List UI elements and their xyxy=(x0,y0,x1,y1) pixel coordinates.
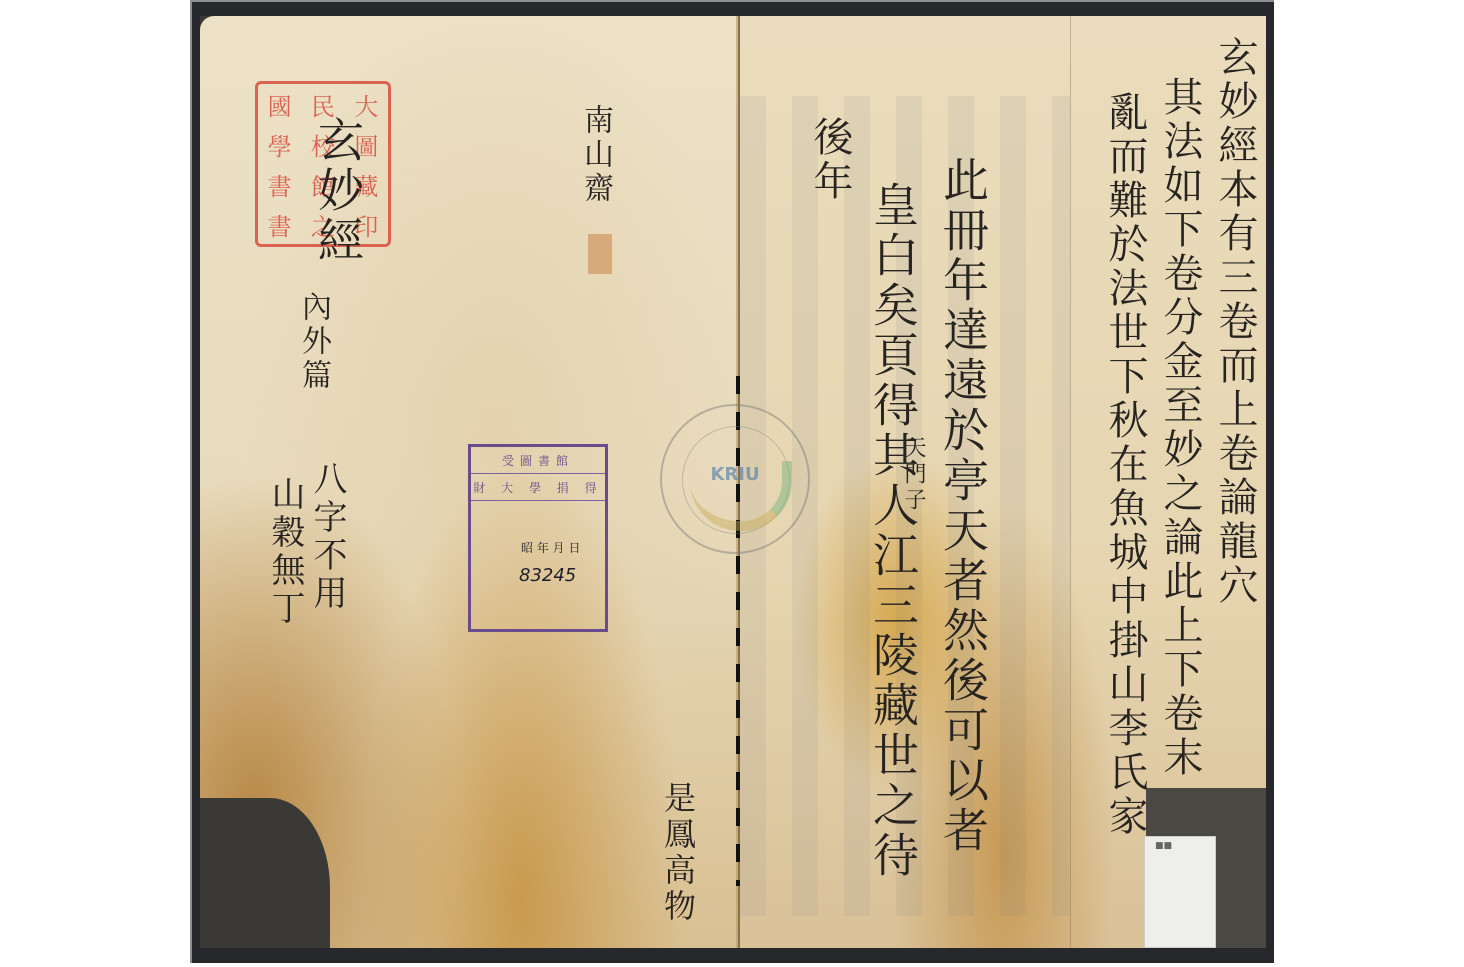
owner-note: 是鳳高物 xyxy=(662,781,694,925)
accession-number: 83245 xyxy=(519,565,576,586)
right-page: 玄妙經本有三卷而上卷論龍穴 其法如下卷分金至妙之論此上下卷末 亂而難於法世下秋在… xyxy=(740,16,1266,948)
text-column-2: 其法如下卷分金至妙之論此上下卷末 xyxy=(1160,76,1200,780)
margin-note: 天門子 xyxy=(902,436,924,514)
small-seal xyxy=(588,234,612,274)
text-column-3: 亂而難於法世下秋在魚城中掛山李氏家 xyxy=(1105,91,1145,839)
stamp-header: 受圖書館 xyxy=(471,447,605,474)
torn-corner xyxy=(200,798,330,948)
paper-repair-edge xyxy=(1070,16,1071,948)
book-subtitle: 內外篇 xyxy=(298,291,328,393)
left-note-column-1: 八字不用 xyxy=(310,461,344,613)
left-page: 國 民 大 學 校 圖 書 館 藏 書 之 印 玄妙經 內外篇 南山齋 八字不用… xyxy=(200,16,738,948)
stamp-date: 昭 年 月 日 xyxy=(521,539,580,556)
slip-text: ■■ xyxy=(1155,841,1172,851)
library-accession-stamp: 受圖書館 財 大 學 捐 得 昭 年 月 日 83245 xyxy=(468,444,608,632)
text-column-1: 玄妙經本有三卷而上卷論龍穴 xyxy=(1215,36,1255,608)
kriu-watermark: KRIU xyxy=(660,404,810,554)
text-column-4: 此冊年達遠於亭天者然後可以者 xyxy=(940,156,986,856)
paper-slip: ■■ xyxy=(1144,836,1216,948)
left-note-column-2: 山穀無丁 xyxy=(268,476,302,628)
text-column-5: 皇白矣頁得其人江三陵藏世之待 xyxy=(870,181,916,881)
text-column-6: 後年 xyxy=(810,116,850,204)
stamp-subheader: 財 大 學 捐 得 xyxy=(471,474,605,501)
manuscript-scan: 國 民 大 學 校 圖 書 館 藏 書 之 印 玄妙經 內外篇 南山齋 八字不用… xyxy=(200,16,1266,948)
watermark-text: KRIU xyxy=(662,464,808,485)
studio-name: 南山齋 xyxy=(580,104,610,206)
book-title: 玄妙經 xyxy=(315,116,361,266)
